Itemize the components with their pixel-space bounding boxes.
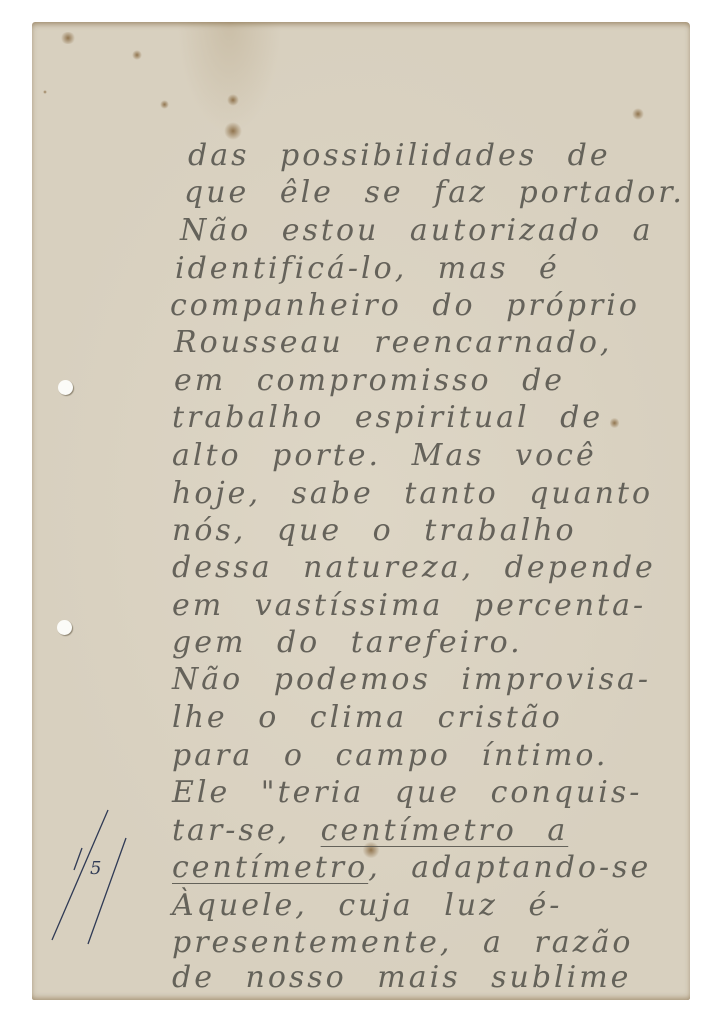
punch-hole [58, 380, 73, 395]
text-line: das possibilidades de [188, 138, 611, 173]
text-line: dessa natureza, depende [172, 550, 656, 585]
foxing-spot [160, 100, 169, 109]
text-line: gem do tarefeiro. [172, 625, 523, 660]
text-line: Ele "teria que conquis- [172, 775, 642, 810]
text-line: presentemente, a razão [172, 925, 633, 960]
text-segment: tar-se, [172, 813, 321, 848]
folio-number: 5 [48, 808, 138, 948]
text-line: em vastíssima percenta- [172, 588, 646, 623]
underlined-text: centímetro [172, 850, 368, 885]
text-line: tar-se, centímetro a [172, 813, 568, 848]
foxing-spot [60, 32, 76, 44]
text-line: Não podemos improvisa- [172, 662, 651, 697]
text-line: centímetro, adaptando-se [172, 850, 651, 885]
text-line: Rousseau reencarnado, [174, 325, 612, 360]
text-line: companheiro do próprio [170, 288, 640, 323]
text-line: em compromisso de [174, 363, 565, 398]
text-line: que êle se faz portador. [184, 175, 685, 210]
text-line: hoje, sabe tanto quanto [172, 476, 653, 511]
folio-denominator: 5 [90, 858, 101, 879]
foxing-spot [132, 50, 142, 60]
foxing-spot [632, 108, 644, 120]
text-line: Não estou autorizado a [180, 213, 654, 248]
underlined-text: centímetro a [321, 813, 569, 848]
text-line: para o campo íntimo. [172, 738, 608, 773]
text-line: trabalho espiritual de [172, 400, 603, 435]
text-segment: , adaptando-se [368, 850, 651, 885]
text-line: de nosso mais sublime [172, 960, 631, 995]
foxing-spot [227, 94, 239, 106]
foxing-spot [43, 90, 47, 94]
text-line: nós, que o trabalho [172, 513, 577, 548]
punch-hole [57, 620, 72, 635]
foxing-spot [610, 417, 619, 429]
text-line: alto porte. Mas você [172, 438, 597, 473]
text-line: Àquele, cuja luz é- [172, 888, 562, 923]
text-line: lhe o clima cristão [172, 700, 563, 735]
text-line: identificá-lo, mas é [175, 251, 560, 286]
